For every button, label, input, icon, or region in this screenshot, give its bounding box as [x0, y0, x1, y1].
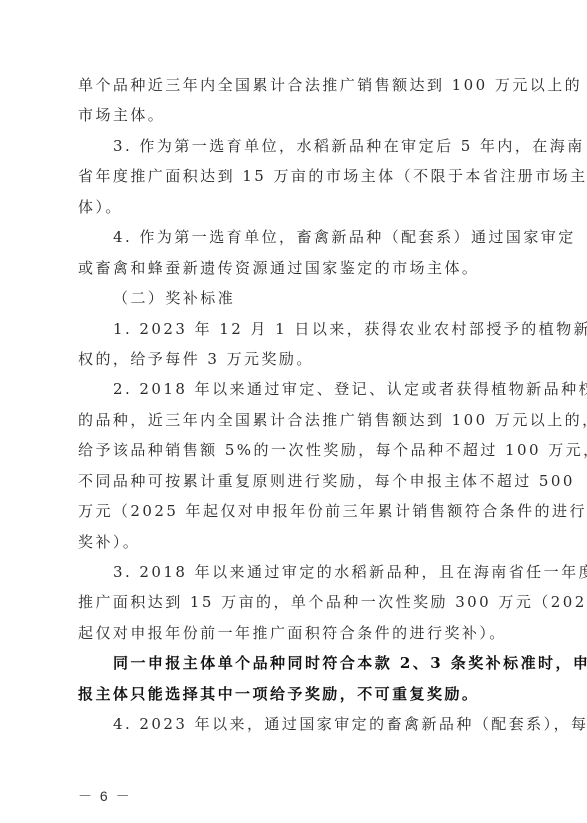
- text-line: 1. 2023 年 12 月 1 日以来，获得农业农村部授予的植物新品种: [78, 314, 538, 344]
- text-line: 4. 2023 年以来，通过国家审定的畜禽新品种（配套系），每个: [78, 709, 538, 739]
- text-line: 同一申报主体单个品种同时符合本款 2、3 条奖补标准时，申: [78, 648, 538, 678]
- text-line: 4. 作为第一选育单位，畜禽新品种（配套系）通过国家审定: [78, 222, 538, 252]
- text-line: 起仅对申报年份前一年推广面积符合条件的进行奖补）。: [78, 618, 538, 648]
- text-line: 市场主体。: [78, 100, 538, 130]
- text-line: 报主体只能选择其中一项给予奖励，不可重复奖励。: [78, 679, 538, 709]
- text-line: 权的，给予每件 3 万元奖励。: [78, 344, 538, 374]
- text-line: 3. 作为第一选育单位，水稻新品种在审定后 5 年内，在海南: [78, 131, 538, 161]
- document-page: 单个品种近三年内全国累计合法推广销售额达到 100 万元以上的市场主体。3. 作…: [78, 70, 538, 740]
- text-line: 推广面积达到 15 万亩的，单个品种一次性奖励 300 万元（2025 年: [78, 587, 538, 617]
- text-line: 单个品种近三年内全国累计合法推广销售额达到 100 万元以上的: [78, 70, 538, 100]
- text-line: 万元（2025 年起仅对申报年份前三年累计销售额符合条件的进行: [78, 496, 538, 526]
- text-line: 体）。: [78, 192, 538, 222]
- text-line: 不同品种可按累计重复原则进行奖励，每个申报主体不超过 500: [78, 466, 538, 496]
- text-line: 3. 2018 年以来通过审定的水稻新品种，且在海南省任一年度: [78, 557, 538, 587]
- page-number: － 6 －: [78, 786, 132, 806]
- text-line: 的品种，近三年内全国累计合法推广销售额达到 100 万元以上的，: [78, 405, 538, 435]
- text-line: 给予该品种销售额 5%的一次性奖励，每个品种不超过 100 万元，: [78, 435, 538, 465]
- text-line: 省年度推广面积达到 15 万亩的市场主体（不限于本省注册市场主: [78, 161, 538, 191]
- text-line: 2. 2018 年以来通过审定、登记、认定或者获得植物新品种权: [78, 374, 538, 404]
- text-line: 或畜禽和蜂蚕新遗传资源通过国家鉴定的市场主体。: [78, 253, 538, 283]
- text-line: 奖补）。: [78, 527, 538, 557]
- text-line: （二）奖补标准: [78, 283, 538, 313]
